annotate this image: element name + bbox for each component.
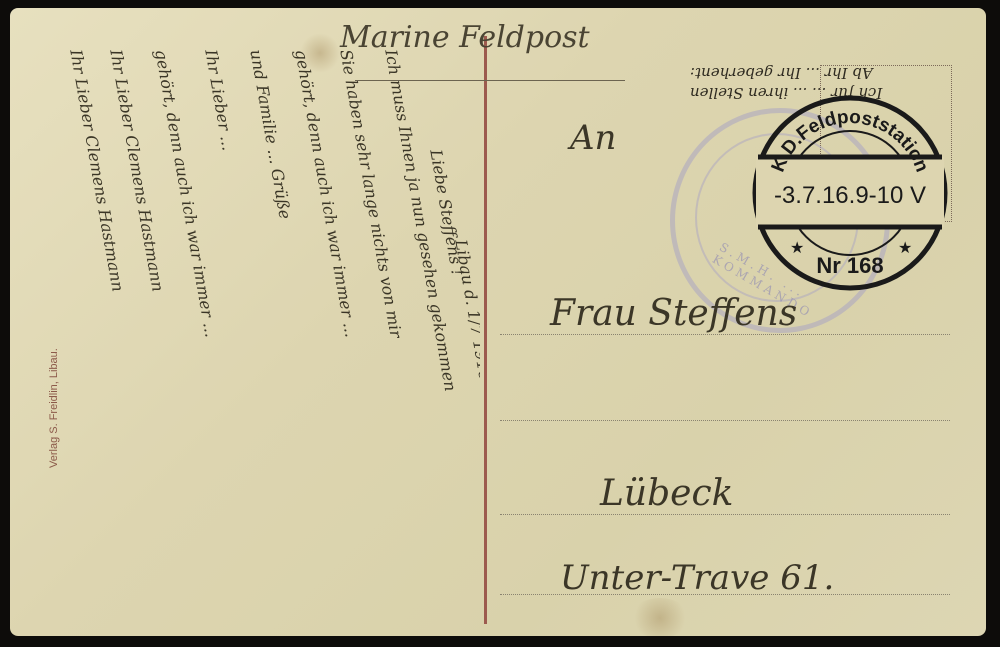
postmark-number: Nr 168 xyxy=(816,253,883,278)
header-underline xyxy=(355,80,625,81)
postcard: Verlag S. Freidlin, Libau. Libau d. 1/7 … xyxy=(10,8,986,636)
star-icon: ★ xyxy=(898,238,912,257)
postmark-date: -3.7.16.9-10 V xyxy=(774,182,926,209)
message-area: Libau d. 1/7 1916 Liebe Steffens ! Ich m… xyxy=(50,38,480,628)
recipient-name: Frau Steffens xyxy=(550,293,797,334)
recipient-city: Lübeck xyxy=(600,473,733,514)
recipient-salutation: An xyxy=(570,118,616,158)
message-line: und Familie ... Grüße xyxy=(246,48,295,221)
message-line: Ihr Lieber ... xyxy=(201,48,237,152)
address-line xyxy=(500,334,950,335)
recipient-street: Unter-Trave 61. xyxy=(560,558,834,598)
divider-line xyxy=(484,36,487,624)
stain xyxy=(630,598,690,636)
address-line xyxy=(500,514,950,515)
postmark-icon: K.D.Feldpoststation -3.7.16.9-10 V Nr 16… xyxy=(750,93,950,293)
star-icon: ★ xyxy=(790,238,804,257)
address-line xyxy=(500,420,950,421)
header-marine-feldpost: Marine Feldpost xyxy=(340,20,590,55)
address-line xyxy=(500,594,950,595)
